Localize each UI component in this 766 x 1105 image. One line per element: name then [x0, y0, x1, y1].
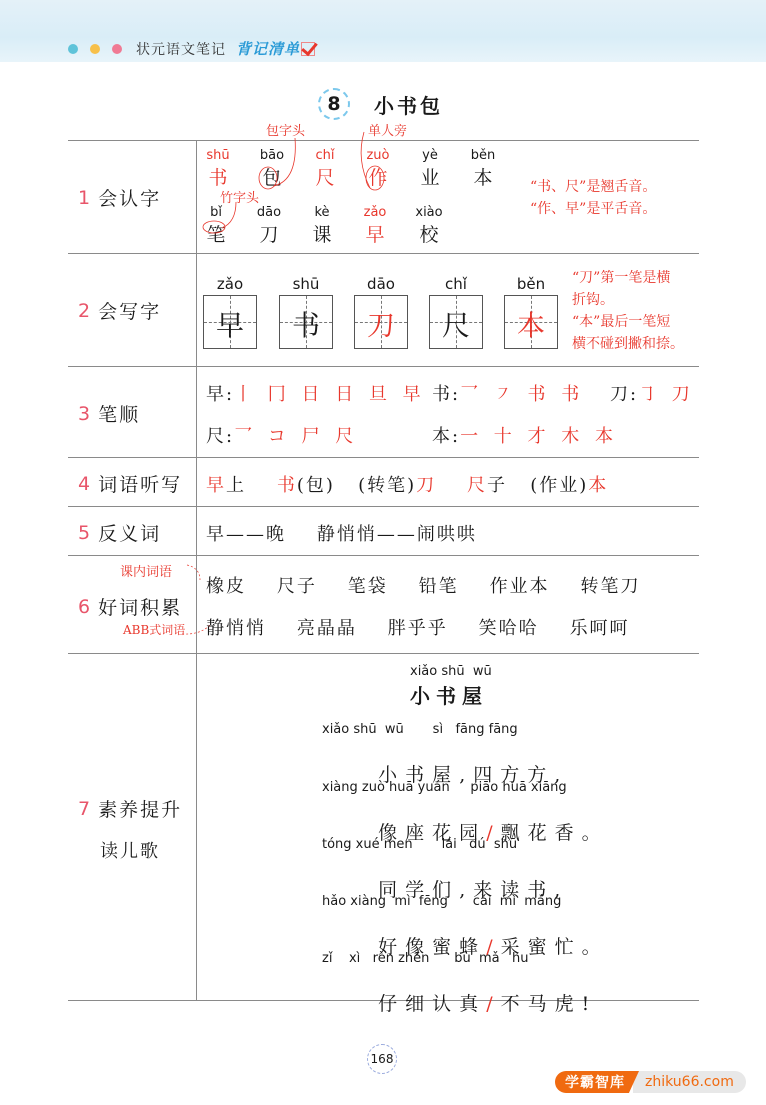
stroke-order-zao: 早:丨 冂 日 日 旦 早: [206, 380, 426, 406]
word-black: 子: [487, 475, 507, 496]
punct: 。: [582, 822, 609, 844]
section-4-label: 4 词语听写: [78, 470, 182, 497]
note-line: “本”最后一笔短: [572, 311, 684, 333]
watermark-brand: 学霸智库: [555, 1071, 639, 1093]
section-2-label: 2 会写字: [78, 297, 161, 324]
section-title: 笔顺: [98, 400, 140, 427]
section-number: 6: [78, 596, 92, 618]
sep: :: [226, 426, 234, 447]
poem-line: 仔细认真/不马虎!: [322, 967, 597, 1038]
word-black: 上: [226, 475, 246, 496]
word-red: 刀: [416, 475, 436, 496]
phrase: 仔细认真: [378, 993, 486, 1015]
stroke-sequence: 一 十 才 木 本: [460, 426, 618, 447]
stroke-order-ben: 本:一 十 才 木 本: [432, 422, 618, 448]
word: 胖乎乎: [388, 618, 448, 639]
hanzi: 早: [204, 304, 256, 344]
stroke-order-dao: 刀:㇆ 刀: [610, 380, 695, 406]
word: 尺子: [277, 576, 317, 597]
sep: :: [452, 384, 460, 405]
pinyin: běn: [511, 275, 551, 293]
watermark: 学霸智库 zhiku66.com: [555, 1071, 746, 1093]
phrase: 不马虎: [501, 993, 582, 1015]
good-words-row-2: 静悄悄 亮晶晶 胖乎乎 笑哈哈 乐呵呵: [206, 614, 630, 640]
poem-pinyin: tóng xué men lái dú shū: [322, 837, 517, 852]
writing-grid: 尺: [429, 295, 483, 349]
section-7-sublabel: 读儿歌: [100, 837, 160, 863]
stroke-sequence: 丨 冂 日 日 旦 早: [234, 384, 426, 405]
note-line: “书、尺”是翘舌音。: [530, 176, 656, 198]
word: 静悄悄: [206, 618, 266, 639]
section-number: 2: [78, 300, 92, 322]
word-black: (作业): [530, 475, 588, 496]
stroke-order-shu: 书:乛 ㇇ 书 书: [432, 380, 584, 406]
poem-title-pinyin: xiǎo shū wū: [410, 664, 492, 679]
poem-pinyin: hǎo xiàng mì fēng cǎi mì máng: [322, 894, 561, 909]
punct: 。: [582, 936, 609, 958]
poem-title: 小书屋: [410, 680, 488, 709]
stroke-sequence: 乛 ㇇ 书 书: [460, 384, 584, 405]
word-red: 早: [206, 475, 226, 496]
section-number: 4: [78, 473, 92, 495]
word-black: (包): [297, 475, 335, 496]
dictation-words: 早上 书(包) (转笔)刀 尺子 (作业)本: [206, 471, 608, 497]
section-title: 素养提升: [98, 795, 182, 822]
sep: :: [452, 426, 460, 447]
word-red: 尺: [467, 475, 487, 496]
char: 书: [432, 384, 452, 405]
hanzi: 书: [280, 304, 332, 344]
word: 铅笔: [419, 576, 459, 597]
char: 本: [432, 426, 452, 447]
poem-pinyin: zǐ xì rèn zhēn bù mǎ hu: [322, 951, 528, 966]
writing-grid: 刀: [354, 295, 408, 349]
poem-pinyin: xiàng zuò huā yuán piāo huā xiāng: [322, 780, 567, 795]
char: 尺: [206, 426, 226, 447]
antonyms: 早——晚 静悄悄——闹哄哄: [206, 520, 477, 546]
section-title: 好词积累: [98, 593, 182, 620]
punct: !: [582, 993, 598, 1015]
watermark-url: zhiku66.com: [633, 1071, 746, 1093]
pinyin: chǐ: [436, 275, 476, 293]
section-number: 5: [78, 522, 92, 544]
word: 笔袋: [348, 576, 388, 597]
tongue-note: “书、尺”是翘舌音。 “作、早”是平舌音。: [530, 176, 656, 220]
writing-grid: 早: [203, 295, 257, 349]
stroke-order-chi: 尺:乛 コ 尸 尺: [206, 422, 358, 448]
writing-grid: 本: [504, 295, 558, 349]
note-line: “刀”第一笔是横: [572, 267, 684, 289]
word: 转笔刀: [580, 576, 640, 597]
annotation-in-lesson: 课内词语: [120, 561, 172, 580]
section-number: 3: [78, 403, 92, 425]
annotation-abb: ABB式词语: [123, 621, 185, 638]
section-6-label: 6 好词积累: [78, 593, 182, 620]
word: 亮晶晶: [297, 618, 357, 639]
char: 刀: [610, 384, 630, 405]
hanzi: 尺: [430, 304, 482, 344]
section-5-label: 5 反义词: [78, 519, 161, 546]
word-red: 本: [588, 475, 608, 496]
poem-pinyin: xiǎo shū wū sì fāng fāng: [322, 722, 518, 737]
section-number: 7: [78, 798, 92, 820]
pinyin: dāo: [361, 275, 401, 293]
pinyin: zǎo: [210, 275, 250, 293]
sep: :: [630, 384, 638, 405]
section-3-label: 3 笔顺: [78, 400, 140, 427]
page-number: 168: [367, 1044, 397, 1074]
word-red: 书: [277, 475, 297, 496]
char: 早: [206, 384, 226, 405]
word: 乐呵呵: [570, 618, 630, 639]
section-7-label: 7 素养提升: [78, 795, 182, 822]
word: 笑哈哈: [479, 618, 539, 639]
pinyin: shū: [286, 275, 326, 293]
word: 橡皮: [206, 576, 246, 597]
antonym-pair: 静悄悄——闹哄哄: [317, 524, 477, 545]
stroke-sequence: ㇆ 刀: [638, 384, 695, 405]
section-title: 词语听写: [98, 470, 182, 497]
antonym-pair: 早——晚: [206, 524, 286, 545]
pause-mark: /: [486, 993, 500, 1015]
note-line: “作、早”是平舌音。: [530, 198, 656, 220]
hanzi: 本: [505, 304, 557, 344]
writing-note: “刀”第一笔是横 折钩。 “本”最后一笔短 横不碰到撇和捺。: [572, 267, 684, 355]
sep: :: [226, 384, 234, 405]
writing-grid: 书: [279, 295, 333, 349]
good-words-row-1: 橡皮 尺子 笔袋 铅笔 作业本 转笔刀: [206, 572, 640, 598]
hanzi: 刀: [355, 304, 407, 344]
section-title: 会写字: [98, 297, 161, 324]
stroke-sequence: 乛 コ 尸 尺: [234, 426, 358, 447]
note-line: 横不碰到撇和捺。: [572, 333, 684, 355]
section-title: 反义词: [98, 519, 161, 546]
word: 作业本: [490, 576, 550, 597]
note-line: 折钩。: [572, 289, 684, 311]
word-black: (转笔): [358, 475, 416, 496]
